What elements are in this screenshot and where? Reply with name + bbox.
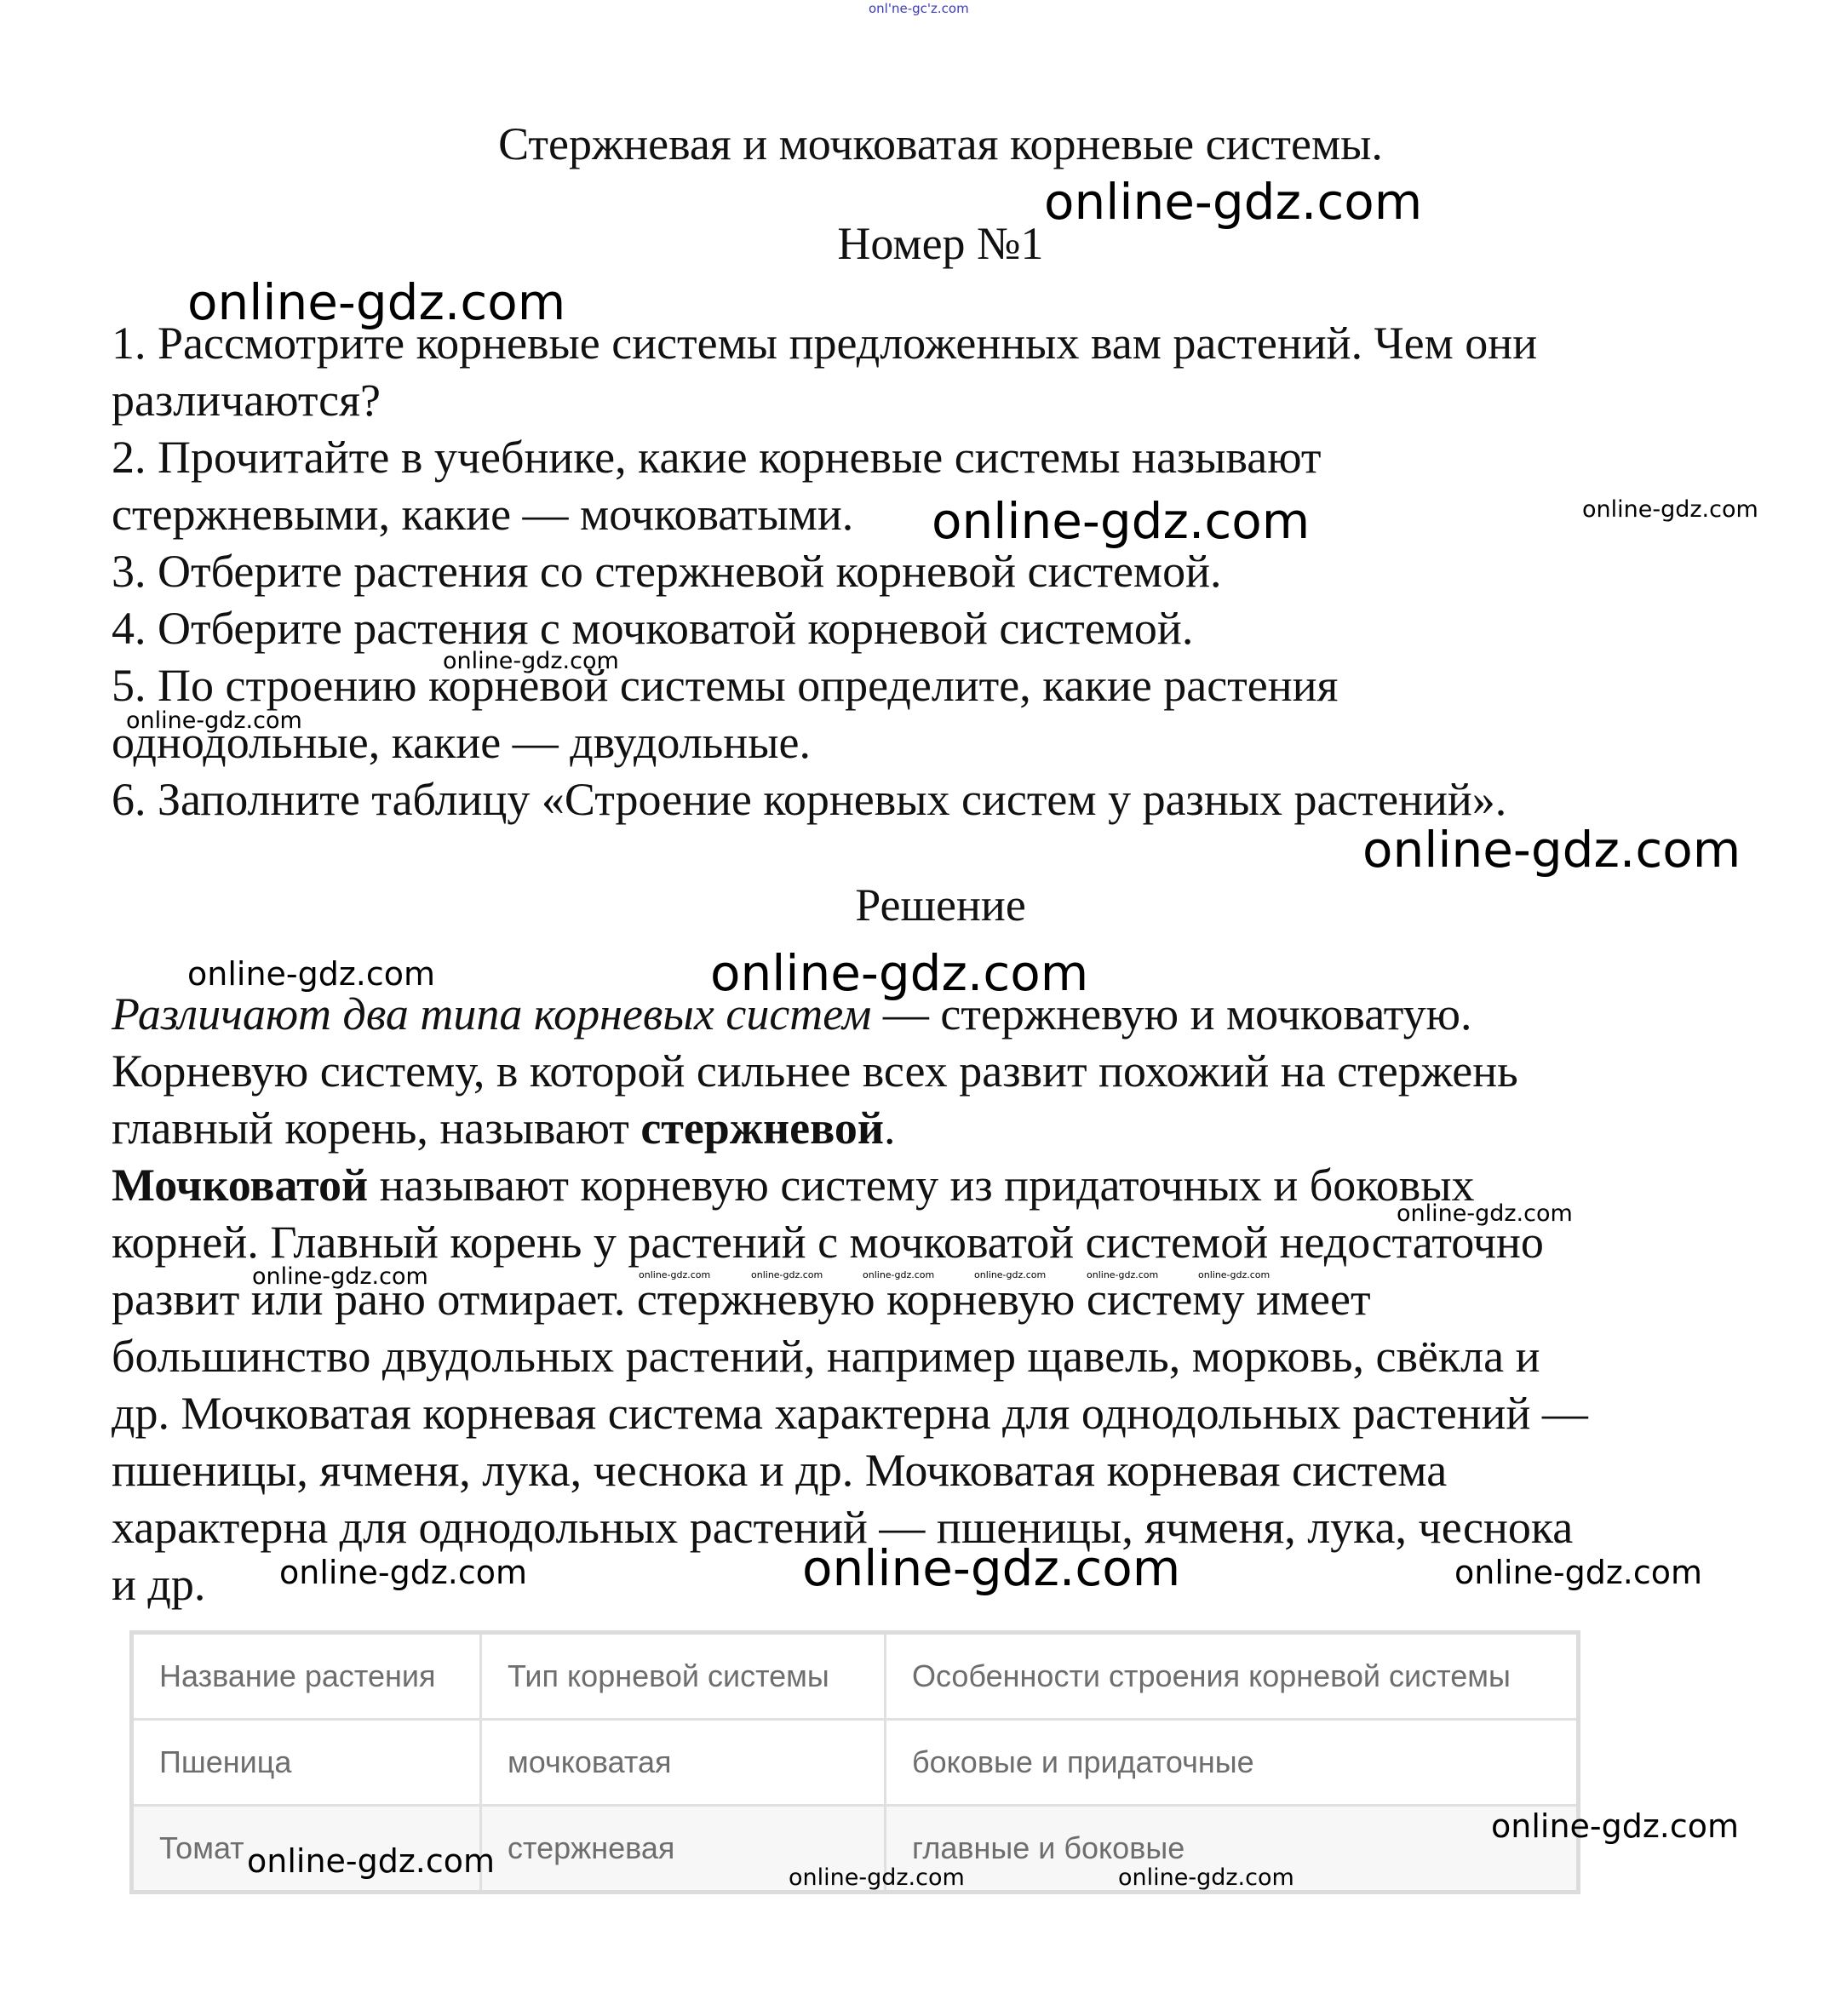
watermark: online-gdz.com [639,1270,710,1280]
watermark: online-gdz.com [1118,1866,1294,1889]
watermark: online-gdz.com [279,1556,527,1589]
solution-text-span: . [884,1102,896,1154]
watermark: online-gdz.com [126,709,302,732]
table-cell: боковые и придаточные [886,1720,1579,1806]
watermark: online-gdz.com [863,1270,934,1280]
watermark: online-gdz.com [252,1265,428,1288]
watermark: online-gdz.com [1087,1270,1158,1280]
watermark: online-gdz.com [1454,1556,1702,1589]
page-title: Стержневая и мочковатая корневые системы… [17,117,1847,170]
watermark: online-gdz.com [789,1866,965,1889]
task-number: Номер №1 [17,217,1847,270]
solution-text-span: главный корень, называют [112,1102,640,1154]
solution-line: др. Мочковатая корневая система характер… [112,1385,1798,1442]
watermark: online-gdz.com [802,1543,1180,1593]
task-line: 3. Отберите растения со стержневой корне… [112,543,1781,600]
task-line: 4. Отберите растения с мочковатой корнев… [112,600,1781,657]
watermark: online-gdz.com [932,496,1310,546]
watermark: online-gdz.com [710,948,1088,998]
task-list: 1. Рассмотрите корневые системы предложе… [112,315,1781,828]
solution-heading: Решение [17,879,1847,931]
task-line: однодольные, какие — двудольные. [112,714,1781,771]
table-header-cell: Название растения [132,1633,481,1720]
solution-text: Различают два типа корневых систем — сте… [112,986,1798,1613]
watermark: online-gdz.com [1582,498,1758,521]
term-fibrous: Мочковатой [112,1160,368,1211]
solution-line: пшеницы, ячменя, лука, чеснока и др. Моч… [112,1442,1798,1499]
task-line: 2. Прочитайте в учебнике, какие корневые… [112,429,1781,486]
table-header-cell: Тип корневой системы [481,1633,886,1720]
table-header-row: Название растения Тип корневой системы О… [132,1633,1579,1720]
solution-text-span: называют корневую систему из придаточных… [368,1160,1474,1211]
solution-line: Корневую систему, в которой сильнее всех… [112,1043,1798,1100]
term-taproot: стержневой [640,1102,884,1154]
table-row: Пшеница мочковатая боковые и придаточные [132,1720,1579,1806]
watermark-top: onl'ne-gc'z.com [869,3,969,15]
watermark: online-gdz.com [443,650,619,673]
watermark: online-gdz.com [974,1270,1046,1280]
task-line: различаются? [112,372,1781,429]
table-cell: мочковатая [481,1720,886,1806]
watermark: online-gdz.com [1362,825,1741,874]
table-cell: Пшеница [132,1720,481,1806]
table-header-cell: Особенности строения корневой системы [886,1633,1579,1720]
watermark: online-gdz.com [751,1270,823,1280]
watermark: online-gdz.com [1491,1810,1739,1842]
watermark: online-gdz.com [247,1845,495,1877]
solution-line: большинство двудольных растений, наприме… [112,1328,1798,1385]
solution-line: главный корень, называют стержневой. [112,1100,1798,1157]
task-line: 6. Заполните таблицу «Строение корневых … [112,771,1781,828]
watermark: online-gdz.com [187,278,565,327]
watermark: online-gdz.com [187,958,435,990]
watermark: online-gdz.com [1044,177,1422,226]
watermark: online-gdz.com [1198,1270,1270,1280]
watermark: online-gdz.com [1397,1202,1573,1225]
task-line: 5. По строению корневой системы определи… [112,657,1781,714]
